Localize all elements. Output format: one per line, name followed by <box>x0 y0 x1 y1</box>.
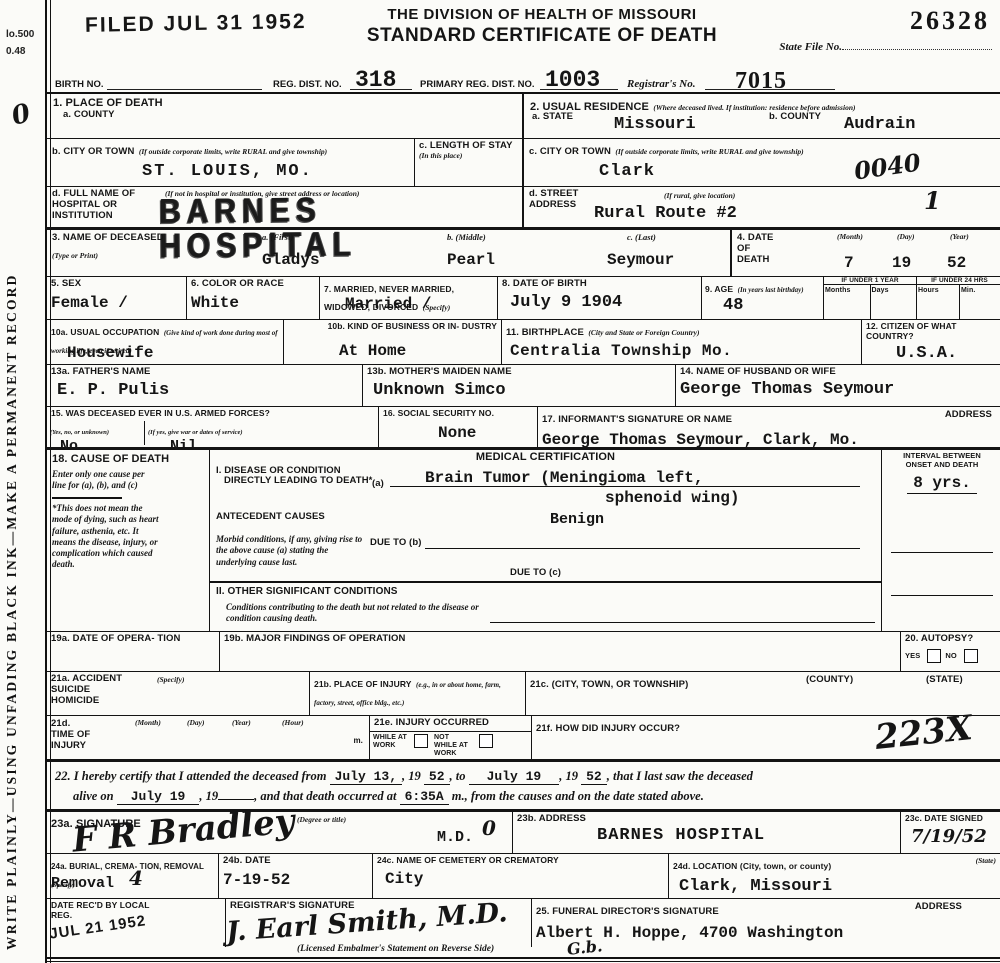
box-9-age-years: 9. AGE (In years last birthday) 48 <box>702 277 824 319</box>
box-21b-place-of-injury: 21b. PLACE OF INJURY (e.g., in or about … <box>310 672 526 715</box>
box-2c-paren: (If outside corporate limits, write RURA… <box>615 147 803 156</box>
box-2b-value: Audrain <box>844 116 915 135</box>
box-4-month-value: 7 <box>844 255 854 273</box>
box-21d-year-label: (Year) <box>232 719 251 727</box>
part2-label: II. OTHER SIGNIFICANT CONDITIONS <box>216 586 398 598</box>
box-18-note1: Enter only one cause per line for (a), (… <box>52 469 157 492</box>
box-6-color-race: 6. COLOR OR RACE White <box>187 277 320 319</box>
blank-line <box>842 38 992 50</box>
box-21e-while-label: WHILE AT WORK <box>373 734 409 758</box>
box-9-under1-label: IF UNDER 1 YEAR <box>824 277 916 285</box>
row-cause-of-death: 18. CAUSE OF DEATH Enter only one cause … <box>47 450 1000 632</box>
box-20-label: 20. AUTOPSY? <box>905 634 998 645</box>
form-code-line1: lo.500 <box>6 26 34 43</box>
box-21e-notwhile-label: NOT WHILE AT WORK <box>434 734 474 758</box>
box-14-value: George Thomas Seymour <box>680 381 998 400</box>
box-4-year-label: (Year) <box>950 233 969 241</box>
box-1d-label: d. FULL NAME OF HOSPITAL OR INSTITUTION <box>52 189 162 222</box>
margin-instruction: WRITE PLAINLY—USING UNFADING BLACK INK—M… <box>4 120 20 950</box>
box-21e-options: WHILE AT WORK NOT WHILE AT WORK <box>370 732 531 760</box>
certificate-form: FILED JUL 31 1952 THE DIVISION OF HEALTH… <box>45 0 1000 963</box>
box-24d-value: Clark, Missouri <box>679 878 998 897</box>
box-21a-label: 21a. ACCIDENT SUICIDE HOMICIDE <box>51 674 141 707</box>
birth-no-label: BIRTH NO. <box>55 79 104 90</box>
box-6-label: 6. COLOR OR RACE <box>191 279 315 290</box>
box-1d-hospital: d. FULL NAME OF HOSPITAL OR INSTITUTION … <box>47 187 522 228</box>
box-2d-street: d. STREET ADDRESS (If rural, give locati… <box>524 187 1000 228</box>
box-21d-hour-label: (Hour) <box>282 719 304 727</box>
state-file-label: State File No. <box>779 41 842 53</box>
form-code-line2: 0.48 <box>6 43 34 60</box>
box-3-last-value: Seymour <box>607 252 674 270</box>
box-13b-label: 13b. MOTHER'S MAIDEN NAME <box>367 367 671 378</box>
cause-a-value-line3: Benign <box>550 512 604 529</box>
box-24a-burial: 24a. BURIAL, CREMA- TION, REMOVAL (Speci… <box>47 854 219 898</box>
row-operation-autopsy: 19a. DATE OF OPERA- TION 19b. MAJOR FIND… <box>47 632 1000 672</box>
box-1c-length-of-stay: c. LENGTH OF STAY (In this place) <box>415 139 522 186</box>
cert-to-value: July 19 <box>469 770 560 785</box>
box-23b-label: 23b. ADDRESS <box>517 814 896 825</box>
box-17-address-label: ADDRESS <box>945 410 992 421</box>
state-file-no: State File No. <box>779 38 992 53</box>
death-certificate-scan: lo.500 0.48 0 WRITE PLAINLY—USING UNFADI… <box>0 0 1000 963</box>
embalmer-note: (Licensed Embalmer's Statement on Revers… <box>297 944 494 954</box>
box-21a-paren: (Specify) <box>157 676 184 684</box>
box-21d-m-label: m. <box>353 736 363 745</box>
box-25c-value: Albert H. Hoppe, 4700 Washington <box>536 925 998 943</box>
box-24c-label: 24c. NAME OF CEMETERY OR CREMATORY <box>377 856 664 866</box>
box-21c-city-county-state: 21c. (CITY, TOWN, OR TOWNSHIP) (COUNTY) … <box>526 672 1000 715</box>
box-9-under24-cols: Hours Min. <box>917 285 1000 319</box>
row-time-of-injury: 21d. TIME OF INJURY (Month) (Day) (Year)… <box>47 716 1000 762</box>
box-3-last-label: c. (Last) <box>627 233 656 242</box>
box-23a-handwriting: 0 <box>482 818 496 838</box>
cert-alive-value: July 19 <box>117 790 200 805</box>
box-15-paren1: (Yes, no, or unknown) <box>50 429 109 436</box>
box-3-name-of-deceased: 3. NAME OF DECEASED (Type or Print) a. (… <box>47 230 732 276</box>
box-2-title-paren: (Where deceased lived. If institution: r… <box>653 103 855 112</box>
box-1-place-of-death: 1. PLACE OF DEATH a. COUNTY b. CITY OR T… <box>47 94 524 227</box>
box-1b-value: ST. LOUIS, MO. <box>142 163 313 182</box>
box-19b-findings: 19b. MAJOR FINDINGS OF OPERATION <box>220 632 901 671</box>
cert-seg5: , that I last saw the deceased <box>607 769 753 783</box>
box-5-label: 5. SEX <box>51 279 182 290</box>
registrars-label: Registrar's No. <box>627 78 695 90</box>
box-24a-handwriting: 4 <box>129 868 143 888</box>
box-16-label: 16. SOCIAL SECURITY NO. <box>383 409 533 419</box>
box-10a-value: Housewife <box>67 345 153 363</box>
box-14-spouse: 14. NAME OF HUSBAND OR WIFE George Thoma… <box>676 365 1000 406</box>
box-16-value: None <box>438 425 533 443</box>
box-11-label: 11. BIRTHPLACE <box>506 327 584 338</box>
row-name-dod: 3. NAME OF DECEASED (Type or Print) a. (… <box>47 230 1000 277</box>
cert-line2-end: m., from the causes and on the date stat… <box>452 789 704 803</box>
box-21a-accident: 21a. ACCIDENT SUICIDE HOMICIDE (Specify) <box>47 672 310 715</box>
antecedent-note: Morbid conditions, if any, giving rise t… <box>216 534 366 568</box>
box-4-day-value: 19 <box>892 255 911 273</box>
box-8-date-of-birth: 8. DATE OF BIRTH July 9 1904 <box>498 277 702 319</box>
box-2d-label: d. STREET ADDRESS <box>529 189 589 211</box>
box-18-cause-label: 18. CAUSE OF DEATH Enter only one cause … <box>47 450 210 631</box>
box-3-name-fields: a. (First) b. (Middle) c. (Last) Gladys … <box>207 230 730 276</box>
interval-line-b <box>891 552 994 553</box>
box-14-label: 14. NAME OF HUSBAND OR WIFE <box>680 367 998 378</box>
box-24d-state-label: (State) <box>976 857 996 865</box>
box-1b-paren: (If outside corporate limits, write RURA… <box>139 147 327 156</box>
medical-a-label: (a) <box>372 479 384 490</box>
box-1-title: 1. PLACE OF DEATH <box>53 97 516 110</box>
box-12-citizen: 12. CITIZEN OF WHAT COUNTRY? U.S.A. <box>862 320 1000 364</box>
box-9-under-24-hrs: IF UNDER 24 HRS Hours Min. <box>917 277 1000 319</box>
box-10b-industry: 10b. KIND OF BUSINESS OR IN- DUSTRY At H… <box>284 320 502 364</box>
box-23c-value: 7/19/52 <box>911 828 998 846</box>
box-10a-label: 10a. USUAL OCCUPATION <box>51 327 159 337</box>
left-margin: lo.500 0.48 0 WRITE PLAINLY—USING UNFADI… <box>0 0 45 963</box>
box-5-sex: 5. SEX Female / <box>47 277 187 319</box>
box-21f-label: 21f. HOW DID INJURY OCCUR? <box>536 723 680 734</box>
box-11-value: Centralia Township Mo. <box>510 343 732 361</box>
box-11-paren: (City and State or Foreign Country) <box>588 328 699 337</box>
box-2a-label: a. STATE <box>532 112 573 123</box>
box-4-year-value: 52 <box>947 255 966 273</box>
box-15-armed-forces: 15. WAS DECEASED EVER IN U.S. ARMED FORC… <box>47 407 379 447</box>
row-accident: 21a. ACCIDENT SUICIDE HOMICIDE (Specify)… <box>47 672 1000 716</box>
box-20-yes-label: YES <box>905 652 920 661</box>
box-23a-degree-label: (Degree or title) <box>297 816 346 824</box>
form-grid: 1. PLACE OF DEATH a. COUNTY b. CITY OR T… <box>47 92 1000 947</box>
box-4-date-of-death: 4. DATE OF DEATH (Month) (Day) (Year) 7 … <box>732 230 1000 276</box>
reg-dist-blank <box>350 77 412 90</box>
part2-line <box>490 622 875 623</box>
box-25b-registrar: REGISTRAR'S SIGNATURE J. Earl Smith, M.D… <box>226 899 532 947</box>
box-2c-city: c. CITY OR TOWN (If outside corporate li… <box>524 139 1000 187</box>
box-4-day-label: (Day) <box>897 233 915 241</box>
birth-no-blank <box>107 77 262 90</box>
autopsy-no-checkbox <box>964 649 978 663</box>
box-5-value: Female / <box>51 295 182 313</box>
box-24c-value: City <box>385 871 664 889</box>
box-15-paren2: (If yes, give war or dates of service) <box>148 429 243 436</box>
box-7-marital: 7. MARRIED, NEVER MARRIED, WIDOWED, DIVO… <box>320 277 498 319</box>
certificate-number-stamp: 26328 <box>910 6 990 36</box>
box-15-label: 15. WAS DECEASED EVER IN U.S. ARMED FORC… <box>47 407 378 421</box>
cert-line2-mid1: , 19 <box>199 789 218 803</box>
form-title: STANDARD CERTIFICATE OF DEATH <box>302 25 782 47</box>
row-sex-race-age: 5. SEX Female / 6. COLOR OR RACE White 7… <box>47 277 1000 320</box>
row-armed-forces-informant: 15. WAS DECEASED EVER IN U.S. ARMED FORC… <box>47 407 1000 450</box>
box-9-label: 9. AGE <box>705 284 733 294</box>
box-23c-date-signed: 23c. DATE SIGNED 7/19/52 <box>901 812 1000 853</box>
box-25a-date-received: DATE REC'D BY LOCAL REG. JUL 21 1952 <box>47 899 226 947</box>
box-3-middle-value: Pearl <box>447 252 495 270</box>
box-12-label: 12. CITIZEN OF WHAT COUNTRY? <box>866 322 998 342</box>
box-3-middle-label: b. (Middle) <box>447 233 486 242</box>
row-certify-statement: 22. I hereby certify that I attended the… <box>47 762 1000 812</box>
box-17-label: 17. INFORMANT'S SIGNATURE OR NAME <box>542 414 732 425</box>
box-24b-label: 24b. DATE <box>223 856 368 867</box>
due-b-label: DUE TO (b) <box>370 538 422 549</box>
box-2d-handwriting: 1 <box>924 189 941 213</box>
physician-signature: F R Bradley <box>71 804 296 857</box>
box-22-certification: 22. I hereby certify that I attended the… <box>47 762 1000 809</box>
box-10b-value: At Home <box>339 343 406 361</box>
cert-to-year: 52 <box>581 770 607 785</box>
antecedent-label: ANTECEDENT CAUSES <box>216 512 325 523</box>
interval-column: INTERVAL BETWEEN ONSET AND DEATH 8 yrs. <box>882 450 1000 631</box>
box-2c-label: c. CITY OR TOWN <box>529 146 611 157</box>
cause-a-value-line1: Brain Tumor (Meningioma left, <box>425 470 703 488</box>
box-13a-value: E. P. Pulis <box>57 382 358 401</box>
handwritten-initials: G.b. <box>566 936 603 959</box>
box-23a-signature: 23a. SIGNATURE (Degree or title) F R Bra… <box>47 812 513 853</box>
autopsy-yes-checkbox <box>927 649 941 663</box>
box-3-title-block: 3. NAME OF DECEASED (Type or Print) <box>47 230 207 276</box>
box-2d-paren: (If rural, give location) <box>664 192 735 200</box>
box-20-autopsy: 20. AUTOPSY? YES NO <box>901 632 1000 671</box>
medical-part1-label2: DIRECTLY LEADING TO DEATH* <box>224 476 372 487</box>
box-13a-father: 13a. FATHER'S NAME E. P. Pulis <box>47 365 363 406</box>
box-24b-value: 7-19-52 <box>223 872 368 890</box>
box-19a-label: 19a. DATE OF OPERA- TION <box>51 634 215 645</box>
box-21c-county-label: (COUNTY) <box>806 675 853 686</box>
form-header: FILED JUL 31 1952 THE DIVISION OF HEALTH… <box>47 0 1000 92</box>
row-registrar: DATE REC'D BY LOCAL REG. JUL 21 1952 REG… <box>47 899 1000 947</box>
box-4-title: 4. DATE OF DEATH <box>737 233 783 266</box>
cert-line2-mid2: , and that death occurred at <box>254 789 396 803</box>
box-24d-location: 24d. LOCATION (City, town, or county) (S… <box>669 854 1000 898</box>
form-code: lo.500 0.48 <box>6 26 34 60</box>
box-2d-value: Rural Route #2 <box>594 205 737 224</box>
box-15-col2: (If yes, give war or dates of service) N… <box>145 421 378 445</box>
box-9-months-label: Months <box>824 285 871 319</box>
row-occupation-birthplace: 10a. USUAL OCCUPATION (Give kind of work… <box>47 320 1000 365</box>
box-19b-label: 19b. MAJOR FINDINGS OF OPERATION <box>224 634 896 645</box>
box-24b-date: 24b. DATE 7-19-52 <box>219 854 373 898</box>
box-9-under24-label: IF UNDER 24 HRS <box>917 277 1000 285</box>
box-21d-month-label: (Month) <box>135 719 161 727</box>
box-8-value: July 9 1904 <box>510 294 697 313</box>
box-21c-label: 21c. (CITY, TOWN, OR TOWNSHIP) <box>530 679 688 690</box>
box-1b-city: b. CITY OR TOWN (If outside corporate li… <box>47 139 415 186</box>
row-physician-signature: 23a. SIGNATURE (Degree or title) F R Bra… <box>47 812 1000 854</box>
medical-certification: MEDICAL CERTIFICATION I. DISEASE OR COND… <box>210 450 882 631</box>
box-1b-1c: b. CITY OR TOWN (If outside corporate li… <box>47 139 522 187</box>
box-13b-mother: 13b. MOTHER'S MAIDEN NAME Unknown Simco <box>363 365 676 406</box>
not-while-at-work-checkbox <box>479 734 493 748</box>
box-9-paren: (In years last birthday) <box>738 286 804 294</box>
box-21c-state-label: (STATE) <box>926 675 963 686</box>
box-1a-county: 1. PLACE OF DEATH a. COUNTY <box>47 94 522 139</box>
primary-reg-blank <box>540 77 618 90</box>
box-9-under1-cols: Months Days <box>824 285 916 319</box>
box-3-title: 3. NAME OF DECEASED <box>52 233 202 244</box>
medical-title: MEDICAL CERTIFICATION <box>210 451 881 464</box>
reg-dist-label: REG. DIST. NO. <box>273 79 342 90</box>
row-burial: 24a. BURIAL, CREMA- TION, REMOVAL (Speci… <box>47 854 1000 899</box>
cert-seg4: , 19 <box>559 769 578 783</box>
filed-stamp: FILED JUL 31 1952 <box>85 10 307 38</box>
cert-seg2: , 19 <box>402 769 421 783</box>
box-13a-label: 13a. FATHER'S NAME <box>51 367 358 378</box>
box-20-no-label: NO <box>945 652 956 661</box>
box-21d-label: 21d. TIME OF INJURY <box>51 719 91 752</box>
box-2-usual-residence: 2. USUAL RESIDENCE (Where deceased lived… <box>524 94 1000 227</box>
cert-seg1: 22. I hereby certify that I attended the… <box>55 769 326 783</box>
row-place-residence: 1. PLACE OF DEATH a. COUNTY b. CITY OR T… <box>47 94 1000 230</box>
box-3-first-value: Gladys <box>262 252 320 270</box>
box-11-birthplace: 11. BIRTHPLACE (City and State or Foreig… <box>502 320 862 364</box>
box-17-value: George Thomas Seymour, Clark, Mo. <box>542 432 998 450</box>
box-21f-handwriting: 223X <box>873 711 973 755</box>
due-b-line <box>425 548 860 549</box>
box-25c-address-label: ADDRESS <box>915 902 962 913</box>
cert-from-year: 52 <box>424 770 450 785</box>
box-9-under-1-year: IF UNDER 1 YEAR Months Days <box>824 277 917 319</box>
box-17-informant: 17. INFORMANT'S SIGNATURE OR NAME ADDRES… <box>538 407 1000 447</box>
box-21f-how-injury: 21f. HOW DID INJURY OCCUR? 223X <box>532 716 1000 759</box>
box-10a-occupation: 10a. USUAL OCCUPATION (Give kind of work… <box>47 320 284 364</box>
box-9-age: 9. AGE (In years last birthday) 48 IF UN… <box>702 277 1000 319</box>
part2-note: Conditions contributing to the death but… <box>226 602 486 625</box>
row-parents-spouse: 13a. FATHER'S NAME E. P. Pulis 13b. MOTH… <box>47 365 1000 407</box>
box-19a-date-of-operation: 19a. DATE OF OPERA- TION <box>47 632 220 671</box>
box-12-value: U.S.A. <box>896 345 998 364</box>
box-23b-address: 23b. ADDRESS BARNES HOSPITAL <box>513 812 901 853</box>
box-21e-injury-occurred: 21e. INJURY OCCURRED WHILE AT WORK NOT W… <box>370 716 532 759</box>
box-13b-value: Unknown Simco <box>373 382 671 401</box>
box-3-first-label: a. (First) <box>262 233 293 242</box>
registrars-blank <box>705 77 835 90</box>
primary-reg-label: PRIMARY REG. DIST. NO. <box>420 79 535 90</box>
box-21b-label: 21b. PLACE OF INJURY <box>314 679 412 689</box>
box-2c-handwriting: 0040 <box>853 150 922 183</box>
box-18-note2: *This does not mean the mode of dying, s… <box>52 503 164 571</box>
box-15-values: (Yes, no, or unknown) No (If yes, give w… <box>47 421 378 445</box>
box-7-value: Married / <box>345 296 431 314</box>
box-21d-time-of-injury: 21d. TIME OF INJURY (Month) (Day) (Year)… <box>47 716 370 759</box>
interval-label2: ONSET AND DEATH <box>885 461 999 470</box>
box-24a-label: 24a. BURIAL, CREMA- TION, REMOVAL <box>51 862 204 871</box>
cert-blank-year <box>218 787 254 800</box>
box-2a-value: Missouri <box>614 116 696 135</box>
interval-line-c <box>891 595 994 596</box>
box-2-header-state-county: 2. USUAL RESIDENCE (Where deceased lived… <box>524 94 1000 139</box>
box-2c-value: Clark <box>599 163 655 182</box>
cert-time-value: 6:35A <box>400 790 449 805</box>
box-16-ssn: 16. SOCIAL SECURITY NO. None <box>379 407 538 447</box>
box-2b-label: b. COUNTY <box>769 112 821 123</box>
box-23c-label: 23c. DATE SIGNED <box>905 814 998 824</box>
box-4-month-label: (Month) <box>837 233 863 241</box>
cause-a-value-line2: sphenoid wing) <box>605 490 739 508</box>
box-24a-value: Removal <box>51 876 114 893</box>
interval-value: 8 yrs. <box>907 475 977 494</box>
box-6-value: White <box>191 295 315 313</box>
divider <box>52 497 122 499</box>
box-1c-paren: (In this place) <box>419 152 518 160</box>
box-8-label: 8. DATE OF BIRTH <box>502 279 697 290</box>
registration-row: BIRTH NO. REG. DIST. NO. 318 PRIMARY REG… <box>55 70 998 92</box>
box-9-min-label: Min. <box>960 285 1000 319</box>
box-9-value: 48 <box>723 297 820 316</box>
box-3-subtitle: (Type or Print) <box>52 252 202 260</box>
box-1a-label: a. COUNTY <box>63 110 516 121</box>
box-9-days-label: Days <box>871 285 917 319</box>
cert-line2-pre: alive on <box>73 789 114 803</box>
box-15-col1: (Yes, no, or unknown) No <box>47 421 145 445</box>
box-23b-value: BARNES HOSPITAL <box>597 827 896 846</box>
box-25c-funeral-director: 25. FUNERAL DIRECTOR'S SIGNATURE ADDRESS… <box>532 899 1000 947</box>
box-23a-degree-value: M.D. <box>437 830 473 847</box>
due-c-label: DUE TO (c) <box>510 568 561 579</box>
while-at-work-checkbox <box>414 734 428 748</box>
box-1b-label: b. CITY OR TOWN <box>52 146 134 157</box>
section-divider <box>210 581 882 583</box>
division-line: THE DIVISION OF HEALTH OF MISSOURI <box>342 6 742 23</box>
box-21d-day-label: (Day) <box>187 719 205 727</box>
box-18-title: 18. CAUSE OF DEATH <box>52 453 204 466</box>
box-10b-label: 10b. KIND OF BUSINESS OR IN- DUSTRY <box>288 322 497 332</box>
bottom-rule <box>47 957 1000 962</box>
box-25c-label: 25. FUNERAL DIRECTOR'S SIGNATURE <box>536 906 719 917</box>
box-24c-cemetery: 24c. NAME OF CEMETERY OR CREMATORY City <box>373 854 669 898</box>
box-24d-label: 24d. LOCATION (City, town, or county) <box>673 861 831 871</box>
cert-seg3: , to <box>450 769 466 783</box>
box-20-options: YES NO <box>905 649 998 663</box>
box-21e-label: 21e. INJURY OCCURRED <box>370 716 531 732</box>
box-9-hours-label: Hours <box>917 285 960 319</box>
cert-from-value: July 13, <box>330 770 402 785</box>
